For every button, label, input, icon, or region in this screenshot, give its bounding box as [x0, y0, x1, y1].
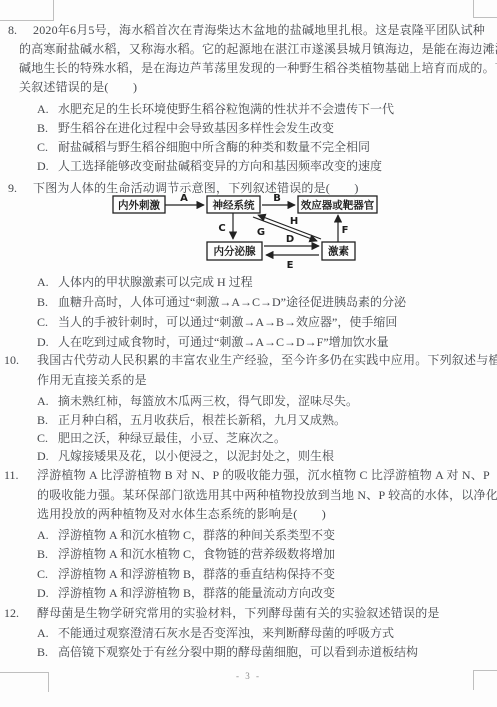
arrow-b-label: B [273, 193, 281, 204]
question-8-number: 8. [8, 22, 17, 38]
option-text: 肥田之沃，种绿豆最佳，小豆、芝麻次之。 [58, 431, 286, 445]
option-row: C.肥田之沃，种绿豆最佳，小豆、芝麻次之。 [37, 430, 286, 446]
option-row: C.当人的手被针刺时，可以通过“刺激→A→B→效应器”，使手缩回 [37, 314, 397, 330]
option-label: D. [37, 448, 58, 464]
option-label: C. [37, 566, 58, 582]
option-text: 浮游植物 A 和浮游植物 B，群落的能量流动方向改变 [58, 586, 335, 600]
arrow-d-label: D [286, 234, 294, 245]
option-label: B. [37, 644, 58, 660]
option-label: C. [37, 430, 58, 446]
option-row: B.正月种白稻，五月收获后，根茬长新稻，九月又成熟。 [37, 412, 346, 428]
question-10-number: 10. [4, 352, 19, 368]
question-11-stem-line: 浮游植物 A 比浮游植物 B 对 N、P 的吸收能力强，沉水植物 C 比浮游植物… [37, 467, 490, 483]
question-8-stem-line: 2020年6月5号，海水稻首次在青海柴达木盆地的盐碱地里扎根。这是袁隆平团队试种 [33, 22, 485, 38]
question-12-stem-line: 酵母菌是生物学研究常用的实验材料，下列酵母菌有关的实验叙述错误的是 [37, 605, 440, 621]
option-label: D. [37, 585, 58, 601]
option-text: 人工选择能够改变耐盐碱稻变异的方向和基因频率改变的速度 [58, 159, 382, 173]
arrow-a-label: A [180, 193, 188, 204]
option-label: B. [37, 294, 58, 310]
option-row: C.耐盐碱稻与野生稻谷细胞中所含酶的种类和数量不完全相同 [37, 139, 370, 155]
option-row: A.人体内的甲状腺激素可以完成 H 过程 [37, 274, 253, 290]
page-number: - 3 - [0, 671, 497, 681]
option-text: 人在吃到过咸食物时，可通过“刺激→A→C→D→F”增加饮水量 [58, 335, 389, 349]
question-11-stem-line: 选用投放的两种植物及对水体生态系统的影响是( ) [37, 506, 326, 522]
option-row: A.不能通过观察澄清石灰水是否变浑浊，来判断酵母菌的呼吸方式 [37, 625, 394, 641]
option-text: 浮游植物 A 和沉水植物 C，食物链的营养级数将增加 [58, 547, 335, 561]
arrow-c-label: C [218, 223, 225, 234]
question-8-stem-line: 关叙述错误的是( ) [19, 79, 137, 95]
option-text: 高倍镜下观察处于有丝分裂中期的酵母菌细胞，可以看到赤道板结构 [58, 645, 418, 659]
question-11-stem-line: 的吸收能力强。某环保部门欲选用其中两种植物投放到当地 N、P 较高的水体，以净化… [37, 487, 497, 503]
option-text: 浮游植物 A 和浮游植物 B，群落的垂直结构保持不变 [58, 567, 335, 581]
box-endocrine-gland-label: 内分泌腺 [214, 245, 256, 258]
option-label: A. [37, 393, 58, 409]
option-row: A.摘未熟红柿，每篮放木瓜两三枚，得气即发，涩味尽失。 [37, 393, 358, 409]
question-11-number: 11. [4, 467, 19, 483]
option-text: 正月种白稻，五月收获后，根茬长新稻，九月又成熟。 [58, 413, 346, 427]
regulation-flow-diagram: 内外刺激 神经系统 效应器或靶器官 内分泌腺 激素 A B C D E F G … [110, 188, 450, 273]
option-label: C. [37, 139, 58, 155]
option-label: D. [37, 158, 58, 174]
question-10-stem-line: 我国古代劳动人民积累的丰富农业生产经验，至今许多仍在实践中应用。下列叙述与植物激… [37, 352, 497, 368]
option-text: 血糖升高时，人体可通过“刺激→A→C→D”途径促进胰岛素的分泌 [58, 295, 406, 309]
question-9-number: 9. [8, 180, 17, 196]
box-effector-label: 效应器或靶器官 [301, 199, 375, 212]
option-row: B.野生稻谷在进化过程中会导致基因多样性会发生改变 [37, 120, 334, 136]
option-row: B.浮游植物 A 和沉水植物 C，食物链的营养级数将增加 [37, 546, 335, 562]
option-row: B.血糖升高时，人体可通过“刺激→A→C→D”途径促进胰岛素的分泌 [37, 294, 406, 310]
exam-page: 8. 2020年6月5号，海水稻首次在青海柴达木盆地的盐碱地里扎根。这是袁隆平团… [0, 0, 497, 707]
option-text: 当人的手被针刺时，可以通过“刺激→A→B→效应器”，使手缩回 [58, 315, 397, 329]
option-text: 摘未熟红柿，每篮放木瓜两三枚，得气即发，涩味尽失。 [58, 394, 358, 408]
option-text: 浮游植物 A 和沉水植物 C，群落的种间关系类型不变 [58, 528, 335, 542]
option-text: 不能通过观察澄清石灰水是否变浑浊，来判断酵母菌的呼吸方式 [58, 626, 394, 640]
arrow-h-label: H [290, 216, 298, 227]
question-8-stem-line: 碱地生长的特殊水稻，是在海边芦苇荡里发现的一种野生稻谷类植物基础上培育而成的。下… [19, 60, 497, 76]
arrow-f-label: F [342, 225, 349, 236]
box-nervous-system-label: 神经系统 [213, 199, 255, 212]
option-label: A. [37, 527, 58, 543]
question-10-stem-line: 作用无直接关系的是 [37, 372, 147, 388]
option-row: A.水肥充足的生长环境使野生稻谷粒饱满的性状并不会遗传下一代 [37, 101, 394, 117]
arrow-e-label: E [287, 260, 294, 271]
question-12-number: 12. [4, 605, 19, 621]
option-row: D.浮游植物 A 和浮游植物 B，群落的能量流动方向改变 [37, 585, 335, 601]
option-row: D.人在吃到过咸食物时，可通过“刺激→A→C→D→F”增加饮水量 [37, 334, 389, 350]
option-label: A. [37, 101, 58, 117]
option-label: A. [37, 274, 58, 290]
option-label: B. [37, 412, 58, 428]
option-text: 凡嫁接矮果及花，以小便浸之，以泥封处之，则生根 [58, 449, 334, 463]
option-label: D. [37, 334, 58, 350]
crop-mark-top-right [473, 0, 497, 18]
box-hormone-label: 激素 [328, 245, 349, 258]
option-text: 耐盐碱稻与野生稻谷细胞中所含酶的种类和数量不完全相同 [58, 140, 370, 154]
arrow-g-label: G [257, 227, 265, 238]
option-row: D.凡嫁接矮果及花，以小便浸之，以泥封处之，则生根 [37, 448, 334, 464]
option-label: B. [37, 120, 58, 136]
option-label: A. [37, 625, 58, 641]
option-text: 野生稻谷在进化过程中会导致基因多样性会发生改变 [58, 121, 334, 135]
box-stimulus-label: 内外刺激 [118, 199, 160, 212]
option-text: 水肥充足的生长环境使野生稻谷粒饱满的性状并不会遗传下一代 [58, 102, 394, 116]
option-label: C. [37, 314, 58, 330]
option-row: D.人工选择能够改变耐盐碱稻变异的方向和基因频率改变的速度 [37, 158, 382, 174]
crop-mark-top-left [0, 0, 54, 21]
option-text: 人体内的甲状腺激素可以完成 H 过程 [58, 275, 253, 289]
option-row: A.浮游植物 A 和沉水植物 C，群落的种间关系类型不变 [37, 527, 335, 543]
option-row: B.高倍镜下观察处于有丝分裂中期的酵母菌细胞，可以看到赤道板结构 [37, 644, 418, 660]
option-label: B. [37, 546, 58, 562]
question-8-stem-line: 的高寒耐盐碱水稻，又称海水稻。它的起源地在湛江市遂溪县城月镇海边，是能在海边滩涂… [19, 41, 497, 57]
option-row: C.浮游植物 A 和浮游植物 B，群落的垂直结构保持不变 [37, 566, 335, 582]
